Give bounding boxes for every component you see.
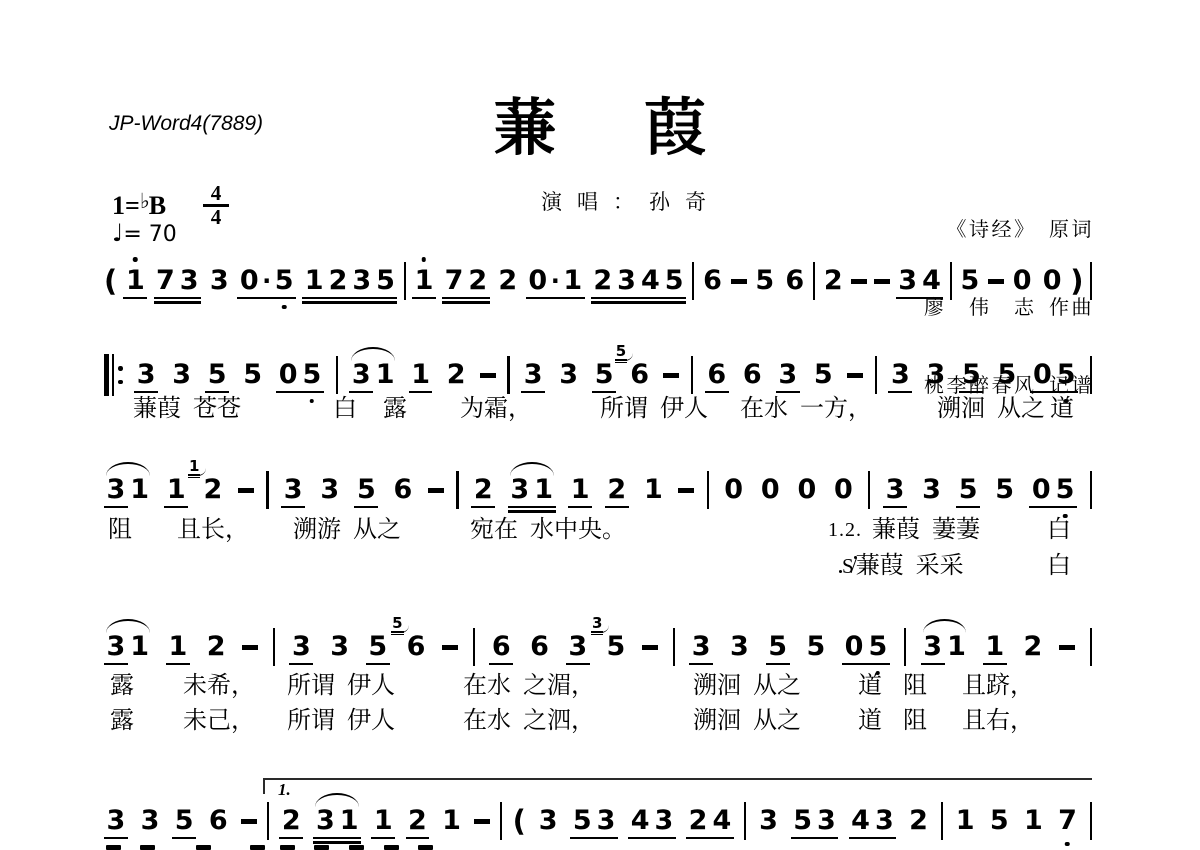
note-digit: 1 [532, 475, 556, 505]
title-char-1: 蒹 [494, 94, 556, 164]
note-group: 3 [920, 475, 944, 505]
beam-line [289, 663, 313, 665]
note-digit: 2 [406, 806, 430, 836]
beam-line [605, 506, 629, 508]
note-group: 2 [821, 266, 845, 296]
note-group: 05 [1030, 360, 1078, 390]
parenthesis-symbol: ) [1070, 266, 1083, 296]
barline [813, 262, 815, 300]
beam-line [300, 391, 324, 393]
note-group: 3 [318, 475, 342, 505]
note-digit: 3 [536, 806, 560, 836]
beam-line [276, 391, 300, 393]
duration-dash [663, 373, 679, 378]
lyric-segment: 在水 一方， [740, 394, 872, 424]
beam-line [104, 837, 128, 839]
note-group: 2 [279, 806, 303, 836]
note-group: 5 [956, 475, 980, 505]
beam-line [164, 506, 188, 508]
barline [473, 628, 475, 666]
note-group: 2345 [591, 266, 686, 296]
duration-dash [474, 819, 490, 824]
lyric-segment: 宛在 水中央。 [470, 515, 626, 545]
beam-line [350, 297, 374, 299]
beam-line [776, 391, 800, 393]
beam-line [104, 663, 128, 665]
note-group: 1 [1021, 806, 1045, 836]
note-group: 3 [328, 632, 352, 662]
note-digit: 2 [1021, 632, 1045, 662]
note-group: 3 [521, 360, 545, 390]
note-group: 5 [766, 632, 790, 662]
note-group: 5 [811, 360, 835, 390]
note-digit: 0 [1030, 360, 1054, 390]
beam-line [662, 301, 686, 303]
note-group: 2 [1021, 632, 1045, 662]
note-digit: 3 [318, 475, 342, 505]
music-line: (17330·5123517220·12345656234500) [104, 266, 1092, 296]
note-group: 31 [921, 632, 969, 662]
note-group: 1 [164, 475, 188, 505]
note-digit: 1 [561, 266, 585, 296]
duration-dash [851, 279, 867, 284]
beam-line [983, 663, 1007, 665]
grace-slur [601, 625, 609, 633]
beam-line [766, 663, 790, 665]
lyric-segment: 阻 [903, 706, 927, 736]
barline [507, 356, 509, 394]
note-group: 7 [1056, 806, 1080, 836]
beam-line [366, 663, 390, 665]
beam-line [705, 391, 729, 393]
performer-line: 演唱：孙奇 [541, 186, 721, 216]
note-group: 0 [832, 475, 856, 505]
note-digit: 5 [993, 475, 1017, 505]
note-digit: 6 [783, 266, 807, 296]
note-group: 6 [528, 632, 552, 662]
barline [904, 628, 906, 666]
barline [673, 628, 675, 666]
note-digit: 5 [766, 632, 790, 662]
note-digit: 5 [172, 806, 196, 836]
beam-line [154, 297, 178, 299]
clipped-lyric-mark [196, 845, 211, 850]
duration-dash [731, 279, 747, 284]
beam-line [471, 506, 495, 508]
note-group: 3 [134, 360, 158, 390]
note-digit: 7 [442, 266, 466, 296]
note-digit: 1 [128, 632, 152, 662]
note-digit: 3 [349, 360, 373, 390]
music-line: 3355053112335656635335505 [104, 360, 1092, 390]
note-digit: 5 [995, 360, 1019, 390]
lyric-segment: 溯游 从之 [293, 515, 401, 545]
beam-line [177, 301, 201, 303]
note-digit: 6 [740, 360, 764, 390]
beam-line [550, 297, 561, 299]
note-group: 2 [605, 475, 629, 505]
beam-line [638, 297, 662, 299]
beam-line [337, 841, 361, 843]
note-digit: 1 [568, 475, 592, 505]
beam-line [374, 297, 398, 299]
note-digit: 3 [728, 632, 752, 662]
note-group: 5 [993, 475, 1017, 505]
note-group: 6 [783, 266, 807, 296]
note-group: 31 [349, 360, 397, 390]
duration-dash [642, 645, 658, 650]
music-line: 3356231121(35343243534321517 [104, 806, 1092, 836]
beam-line [1029, 506, 1053, 508]
note-digit: 1 [1021, 806, 1045, 836]
note-group: 3 [281, 475, 305, 505]
note-digit: 5 [570, 806, 594, 836]
beam-line [406, 837, 430, 839]
barline [266, 471, 268, 509]
barline [707, 471, 709, 509]
beam-line [371, 837, 395, 839]
note-digit: 5 [804, 632, 828, 662]
lyric-segment: 1.2. [828, 515, 862, 545]
note-digit: 1 [166, 632, 190, 662]
note-group: 5 [172, 806, 196, 836]
note-digit: 65 [404, 632, 428, 662]
note-digit: 5 [1053, 475, 1077, 505]
beam-line [337, 837, 361, 839]
barline [692, 262, 694, 300]
note-digit: 5 [272, 266, 296, 296]
note-digit: 3 [207, 266, 231, 296]
note-digit: 1 [953, 806, 977, 836]
note-digit: 1 [164, 475, 188, 505]
note-digit: 3 [138, 806, 162, 836]
note-group: 6 [701, 266, 725, 296]
note-group: 3 [557, 360, 581, 390]
tempo-marking: ♩= 70 [112, 219, 177, 247]
note-digit: 0 [758, 475, 782, 505]
beam-line [279, 837, 303, 839]
beam-line [409, 391, 433, 393]
note-group: 1 [371, 806, 395, 836]
beam-line [508, 506, 532, 508]
note-group: 1 [983, 632, 1007, 662]
beam-line [532, 506, 556, 508]
note-digit: 4 [710, 806, 734, 836]
beam-line [442, 297, 466, 299]
note-digit: 2 [466, 266, 490, 296]
beam-line [313, 837, 337, 839]
note-digit: 5 [956, 475, 980, 505]
lyric-segment: 在水 之泗， [463, 706, 595, 736]
barline [1090, 471, 1092, 509]
beam-line [532, 510, 556, 512]
note-group: 3 [138, 806, 162, 836]
note-group: 3 [757, 806, 781, 836]
duration-dash [874, 279, 890, 284]
lyric-segment: 且跻， [962, 671, 1034, 701]
beam-line [1053, 506, 1077, 508]
beam-line [313, 841, 337, 843]
note-group: 5 [987, 806, 1011, 836]
beam-line [442, 301, 466, 303]
note-digit: 5 [241, 360, 265, 390]
beam-line [591, 301, 615, 303]
note-digit: 5 [374, 266, 398, 296]
clipped-lyric-mark [280, 845, 295, 850]
beam-line [652, 837, 676, 839]
note-digit: 3 [328, 632, 352, 662]
beam-line [568, 506, 592, 508]
beam-line [154, 301, 178, 303]
note-digit: 3 [689, 632, 713, 662]
beam-line [615, 301, 639, 303]
barline [868, 471, 870, 509]
beam-line [594, 837, 618, 839]
note-digit: 2 [444, 360, 468, 390]
note-digit: 0 [1029, 475, 1053, 505]
note-digit: 1 [440, 806, 464, 836]
duration-dash [678, 488, 694, 493]
beam-line [921, 663, 945, 665]
note-group: 3 [728, 632, 752, 662]
note-group: 5 [804, 632, 828, 662]
note-digit: 3 [104, 632, 128, 662]
augmentation-dot: · [550, 266, 561, 296]
beam-line [272, 297, 296, 299]
note-digit: 0 [526, 266, 550, 296]
note-digit: 3 [652, 806, 676, 836]
beam-line [166, 663, 190, 665]
note-group: 0 [1010, 266, 1034, 296]
beam-line [123, 297, 147, 299]
note-digit: 53 [604, 632, 628, 662]
beam-line [592, 391, 616, 393]
note-group: 43 [849, 806, 897, 836]
note-digit: 1 [371, 806, 395, 836]
note-group: 3 [883, 475, 907, 505]
note-group: 5 [959, 360, 983, 390]
note-digit: 3 [521, 360, 545, 390]
note-digit: 5 [791, 806, 815, 836]
note-digit: 3 [757, 806, 781, 836]
note-digit: 2 [471, 475, 495, 505]
beam-line [281, 506, 305, 508]
note-digit: 1 [641, 475, 665, 505]
note-digit: 4 [628, 806, 652, 836]
note-digit: 1 [983, 632, 1007, 662]
beam-line [866, 663, 890, 665]
octave-dot-high [133, 257, 138, 262]
note-group: 1 [953, 806, 977, 836]
beam-line [1054, 391, 1078, 393]
beam-line [710, 837, 734, 839]
lyric-segment: 道 [858, 671, 882, 701]
beam-line [1030, 391, 1054, 393]
note-group: 6 [489, 632, 513, 662]
beam-line [177, 297, 201, 299]
note-group: 43 [628, 806, 676, 836]
note-group: 3 [566, 632, 590, 662]
barline [267, 802, 269, 840]
note-digit: 3 [281, 475, 305, 505]
note-digit: 6 [391, 475, 415, 505]
clipped-lyric-mark [418, 845, 433, 850]
beam-line [591, 297, 615, 299]
note-digit: 3 [104, 806, 128, 836]
beam-line [350, 301, 374, 303]
note-digit: 4 [849, 806, 873, 836]
note-group: 5 [366, 632, 390, 662]
note-group: 5 [354, 475, 378, 505]
note-group: 2 [496, 266, 520, 296]
note-digit: 5 [811, 360, 835, 390]
quarter-note-icon: ♩ [112, 219, 123, 247]
note-group: 1 [440, 806, 464, 836]
note-digit: 5 [354, 475, 378, 505]
note-digit: 1 [302, 266, 326, 296]
beam-line [638, 301, 662, 303]
beam-line [842, 663, 866, 665]
beam-line [261, 297, 272, 299]
barline [691, 356, 693, 394]
note-group: 3 [924, 360, 948, 390]
key-signature: 1=♭B [112, 188, 166, 221]
note-group: 65 [404, 632, 428, 662]
note-group: 24 [686, 806, 734, 836]
note-group: 53 [604, 632, 628, 662]
note-group: 3 [888, 360, 912, 390]
note-group: 6 [740, 360, 764, 390]
title-char-2: 葭 [644, 94, 706, 164]
credit-lyricist: 《诗经》 原词 [924, 217, 1094, 243]
note-digit: 7 [154, 266, 178, 296]
barline [875, 356, 877, 394]
beam-line [689, 663, 713, 665]
note-group: 05 [1029, 475, 1077, 505]
beam-line [326, 297, 350, 299]
note-digit: 6 [705, 360, 729, 390]
octave-dot-low [282, 305, 287, 310]
beam-line [508, 510, 532, 512]
note-digit: 0 [832, 475, 856, 505]
barline [950, 262, 952, 300]
note-group: 5 [995, 360, 1019, 390]
note-digit: 2 [821, 266, 845, 296]
note-group: 3 [104, 806, 128, 836]
parenthesis-symbol: ( [513, 806, 526, 836]
barline [1090, 628, 1092, 666]
octave-dot-high [422, 257, 427, 262]
beam-line [326, 301, 350, 303]
note-group: 5 [592, 360, 616, 390]
note-group: 1 [641, 475, 665, 505]
note-digit: 3 [170, 360, 194, 390]
parenthesis-symbol: ( [104, 266, 117, 296]
beam-line [849, 837, 873, 839]
note-group: 05 [842, 632, 890, 662]
beam-line [466, 301, 490, 303]
note-digit: 3 [104, 475, 128, 505]
note-digit: 0 [722, 475, 746, 505]
segno-lyric-segment: S̸蒹葭 采采 [842, 551, 964, 581]
grace-beam [615, 362, 627, 363]
note-group: 0 [1040, 266, 1064, 296]
clipped-lyric-mark [384, 845, 399, 850]
note-group: 72 [442, 266, 490, 296]
note-digit: 0 [237, 266, 261, 296]
beam-line [686, 837, 710, 839]
note-digit: 0 [795, 475, 819, 505]
note-digit: 2 [279, 806, 303, 836]
beam-line [956, 506, 980, 508]
note-group: 3 [289, 632, 313, 662]
barline [273, 628, 275, 666]
note-group: 6 [391, 475, 415, 505]
beam-line [872, 837, 896, 839]
beam-line [466, 297, 490, 299]
note-group: 05 [276, 360, 324, 390]
repeat-dot [118, 380, 123, 385]
note-group: 0·5 [237, 266, 296, 296]
lyric-segment: 白 [1047, 515, 1071, 545]
flat-icon: ♭ [140, 189, 149, 213]
note-group: 2 [406, 806, 430, 836]
beam-line [302, 301, 326, 303]
note-digit: 7 [1056, 806, 1080, 836]
note-digit: 21 [201, 475, 225, 505]
note-group: 2 [444, 360, 468, 390]
lyric-segment: 为霜， [460, 394, 532, 424]
note-group: 6 [705, 360, 729, 390]
note-group: 3 [536, 806, 560, 836]
beam-line [791, 837, 815, 839]
beam-line [959, 391, 983, 393]
note-group: 2 [907, 806, 931, 836]
beam-line [896, 297, 920, 299]
note-digit: 1 [128, 475, 152, 505]
lyric-segment: 阻 [903, 671, 927, 701]
beam-line [615, 297, 639, 299]
note-digit: 5 [959, 360, 983, 390]
beam-line [302, 297, 326, 299]
note-digit: 3 [815, 806, 839, 836]
note-digit: 5 [205, 360, 229, 390]
beam-line [883, 506, 907, 508]
volta-label: 1. [278, 780, 291, 800]
note-group: 1 [166, 632, 190, 662]
grace-slur [401, 625, 409, 633]
lyric-segment: 白 [333, 394, 357, 424]
note-digit: 3 [566, 632, 590, 662]
repeat-thick-bar [104, 354, 109, 396]
note-digit: 3 [615, 266, 639, 296]
note-digit: 0 [1040, 266, 1064, 296]
note-group: 65 [628, 360, 652, 390]
note-digit: 4 [920, 266, 944, 296]
lyric-segment: 且右， [962, 706, 1034, 736]
note-digit: 5 [592, 360, 616, 390]
barline [404, 262, 406, 300]
note-group: 2 [471, 475, 495, 505]
note-group: 53 [570, 806, 618, 836]
clipped-lyric-mark [314, 845, 329, 850]
beam-line [205, 391, 229, 393]
duration-dash [428, 488, 444, 493]
beam-line [104, 506, 128, 508]
duration-dash [988, 279, 1004, 284]
note-group: 0 [722, 475, 746, 505]
note-group: 73 [154, 266, 202, 296]
